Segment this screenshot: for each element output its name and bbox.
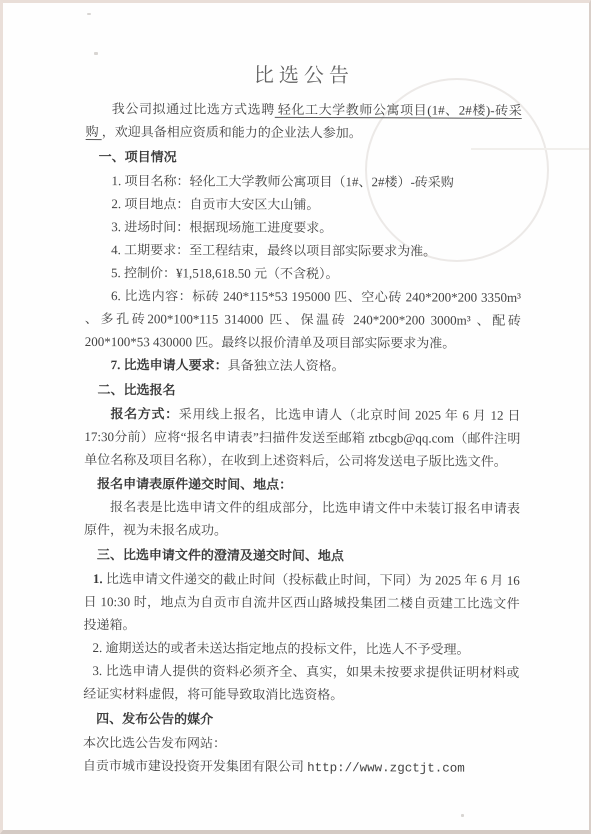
deadline-paragraph: 1. 比选申请文件递交的截止时间（投标截止时间，下同）为 2025 年 6 月 … <box>83 567 519 638</box>
late-delivery-paragraph: 2. 逾期送达的或者未送达指定地点的投标文件，比选人不予受理。 <box>83 636 519 661</box>
applicant-requirement-label: 7. 比选申请人要求： <box>111 357 228 373</box>
section1-heading: 一、项目情况 <box>86 145 522 170</box>
project-item-name: 1. 项目名称：轻化工大学教师公寓项目（1#、2#楼）-砖采购 <box>85 169 521 194</box>
company-website-paragraph: 自贡市城市建设投资开发集团有限公司 http://www.zgctjt.com <box>83 754 519 781</box>
project-item-applicant-requirement: 7. 比选申请人要求：具备独立法人资格。 <box>85 353 521 378</box>
project-item-duration: 4. 工期要求：至工程结束，最终以项目部实际要求为准。 <box>85 238 521 263</box>
section2-heading: 二、比选报名 <box>85 378 521 403</box>
website-url: http://www.zgctjt.com <box>307 761 465 776</box>
registration-form-subheading: 报名申请表原件递交时间、地点： <box>84 472 520 497</box>
registration-form-paragraph: 报名表是比选申请文件的组成部分，比选申请文件中未装订报名申请表原件，视为未报名成… <box>84 495 520 543</box>
intro-paragraph: 我公司拟通过比选方式选聘轻化工大学教师公寓项目(1#、2#楼)-砖采购，欢迎具备… <box>86 97 522 145</box>
material-authenticity-paragraph: 3. 比选申请人提供的资料必须齐全、真实，如果未按要求提供证明材料或经证实材料虚… <box>83 659 519 707</box>
intro-prefix: 我公司拟通过比选方式选聘 <box>112 101 275 117</box>
section3-heading: 三、比选申请文件的澄清及递交时间、地点 <box>84 543 520 568</box>
document-content: 比选公告 我公司拟通过比选方式选聘轻化工大学教师公寓项目(1#、2#楼)-砖采购… <box>83 62 522 781</box>
company-name: 自贡市城市建设投资开发集团有限公司 <box>83 758 304 774</box>
section4-heading: 四、发布公告的媒介 <box>83 707 519 732</box>
deadline-number: 1. <box>93 571 103 586</box>
applicant-requirement-text: 具备独立法人资格。 <box>228 358 345 374</box>
scan-speck <box>461 814 464 817</box>
scan-speck <box>94 52 98 55</box>
project-item-content: 6. 比选内容：标砖 240*115*53 195000 匹、空心砖 240*2… <box>85 284 521 355</box>
intro-suffix: ，欢迎具备相应资质和能力的企业法人参加。 <box>102 124 362 140</box>
deadline-text: 比选申请文件递交的截止时间（投标截止时间，下同）为 2025 年 6 月 16 … <box>84 571 520 632</box>
project-item-entry-time: 3. 进场时间：根据现场施工进度要求。 <box>85 215 521 240</box>
project-item-location: 2. 项目地点：自贡市大安区大山铺。 <box>85 192 521 217</box>
website-intro-paragraph: 本次比选公告发布网站： <box>83 731 519 756</box>
page-title: 比选公告 <box>86 62 522 90</box>
registration-method-paragraph: 报名方式：采用线上报名，比选申请人（北京时间 2025 年 6 月 12 日17… <box>84 402 520 473</box>
project-item-control-price: 5. 控制价：¥1,518,618.50 元（不含税）。 <box>85 261 521 286</box>
registration-method-label: 报名方式： <box>110 406 178 421</box>
scanned-page: 比选公告 我公司拟通过比选方式选聘轻化工大学教师公寓项目(1#、2#楼)-砖采购… <box>0 0 591 834</box>
scan-speck <box>87 13 91 15</box>
